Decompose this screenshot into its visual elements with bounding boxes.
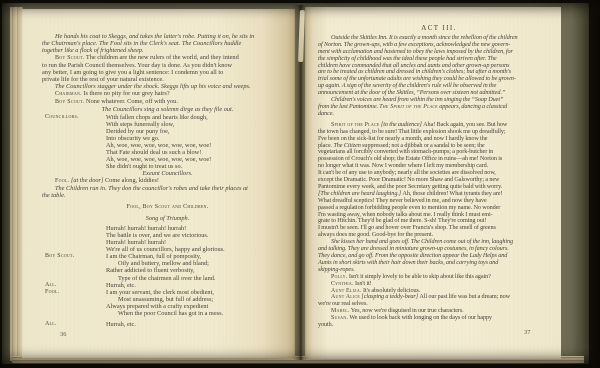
left-page-text: He hands his coat to Skeggs, and takes t… bbox=[42, 33, 293, 328]
text-line: the table. bbox=[42, 192, 293, 199]
text-line: The Councillors stagger under the shock.… bbox=[42, 83, 293, 90]
text-line: He hands his coat to Skeggs, and takes t… bbox=[42, 33, 293, 40]
text-line: private life for the rest of your natura… bbox=[42, 76, 293, 83]
text-line: to run the Parish Council themselves. Yo… bbox=[42, 62, 293, 69]
text-line: Ah, woe, woe, woe, woe, woe, woe, woe! bbox=[42, 142, 293, 149]
text-line: We're all of us councillors, happy and g… bbox=[42, 246, 293, 253]
text-line: Into obscurity we go. bbox=[42, 135, 293, 142]
text-line: ACT III. bbox=[318, 25, 560, 32]
page-number-right: 37 bbox=[524, 329, 530, 336]
text-line: Councillors.With fallen chops and hearts… bbox=[42, 114, 293, 121]
text-line: That Fate should deal us such a blow! bbox=[42, 149, 293, 156]
text-line: Boy Scout. None whatever. Come, off with… bbox=[42, 98, 293, 106]
text-line: All.Hurrah, etc. bbox=[42, 321, 293, 328]
text-line: Susan. We used to look back with longing… bbox=[318, 315, 560, 322]
text-line: Fool, Boy Scout and Children. bbox=[42, 203, 293, 211]
text-line: Ah, woe, woe, woe, woe, woe, woe, woe! bbox=[42, 156, 293, 163]
left-page: He hands his coat to Skeggs, and takes t… bbox=[22, 9, 295, 358]
text-line: Boy Scout. The children are the new rule… bbox=[42, 54, 293, 62]
text-line: from the last Pantomime. The Spirit of t… bbox=[318, 104, 560, 111]
text-line: Exeunt Councillors. bbox=[42, 170, 293, 177]
text-line: Type of the chairmen all over the land. bbox=[42, 275, 293, 282]
text-line: dance. bbox=[318, 111, 560, 118]
text-line: Oily and buttery, mellow and bland; bbox=[42, 260, 293, 267]
text-line: When the poor Council has got in a mess. bbox=[42, 310, 293, 317]
text-line: youth. bbox=[318, 322, 560, 329]
text-line: Hurrah! hurrah! hurrah! hurrah! bbox=[42, 225, 293, 232]
text-line: any better, I am going to give you a lig… bbox=[42, 69, 293, 76]
page-number-left: 36 bbox=[60, 331, 66, 338]
text-line: Boy Scout.I am the Chairman, full of pom… bbox=[42, 253, 293, 260]
text-line: the Chairman's place. The Fool sits in t… bbox=[42, 40, 293, 47]
right-page: ACT III.Outside the Skittles Inn. It is … bbox=[305, 7, 561, 359]
text-line: Fool. [at the door] Come along, kiddies! bbox=[42, 177, 293, 185]
text-line: She didn't ought to treat us so. bbox=[42, 163, 293, 170]
text-line: Cynthia. Isn't it! bbox=[318, 281, 560, 288]
text-line: Always prepared with a crafty expedient bbox=[42, 303, 293, 310]
text-line: The Children run in. They don the counci… bbox=[42, 185, 293, 192]
text-line: The battle is over, and we are victoriou… bbox=[42, 232, 293, 239]
text-line: together like a flock of frightened shee… bbox=[42, 47, 293, 54]
right-page-text: ACT III.Outside the Skittles Inn. It is … bbox=[318, 25, 560, 329]
text-line: Derided by our puny foe, bbox=[42, 128, 293, 135]
text-line: Song of Triumph. bbox=[42, 215, 293, 222]
text-line: Chairman. Is there no pity for our grey … bbox=[42, 90, 293, 98]
text-line: With steps funereally slow, bbox=[42, 121, 293, 128]
text-line: Fool.I am your servant, the clerk most o… bbox=[42, 289, 293, 296]
text-line: The Councillors sing a solemn dirge as t… bbox=[42, 106, 293, 113]
text-line: Most unassuming, but full of address; bbox=[42, 296, 293, 303]
text-line: Hurrah! hurrah! hurrah! bbox=[42, 239, 293, 246]
text-line: Rather addicted to fluent verbosity, bbox=[42, 267, 293, 274]
text-line: All.Hurrah, etc. bbox=[42, 282, 293, 289]
